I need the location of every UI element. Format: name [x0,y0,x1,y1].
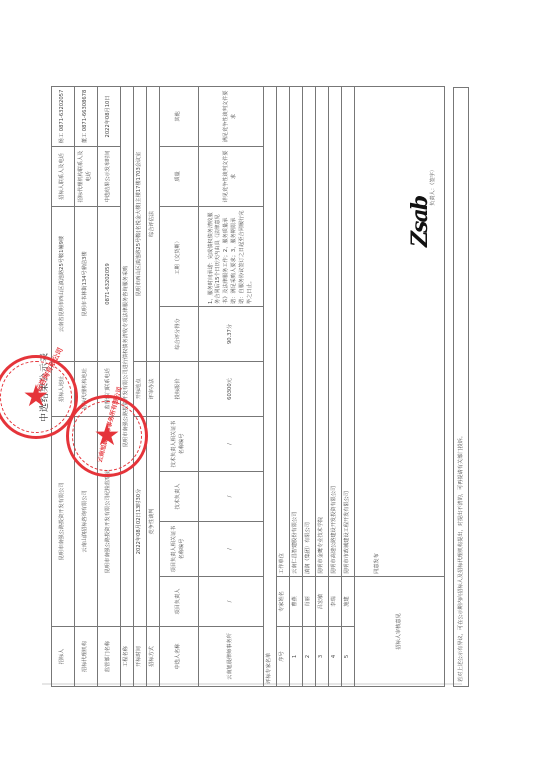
expert-unit-header: 工作单位 [277,86,290,576]
expert-unit: 云南仁昌智建股份有限公司 [290,86,303,576]
label-supervisor: 监管部门名称 [98,627,121,687]
value-eval-method: 综合评估法 [147,86,160,361]
header-cell: 项目负责人 [160,577,199,627]
expert-name: 曹燕 [290,577,303,627]
value-bid-method: 竞争性谈判 [147,416,160,626]
header-cell: 质量 [160,146,199,206]
expert-row: 4 李瑞 昆明市高速公路建设开发投资有限公司 [329,86,342,686]
opinion-cell: 同意发布 负责人：（签字） [355,86,445,576]
header-cell: 项目负责人相关证书名称编号 [160,522,199,577]
expert-unit: 滇润（集团）有限公司 [303,86,316,576]
expert-name: 施建 [342,577,355,627]
expert-row: 1 曹燕 云南仁昌智建股份有限公司 [290,86,303,686]
expert-no: 2 [303,627,316,687]
value-open-place: 昆明市西山区滇池路25号鞍(名悦金大楼)主楼17楼1703会议室 [134,86,147,361]
label-publicity-time: 中选结果公示发布时间 [98,146,121,206]
bid-price: 60300元 [199,361,264,416]
label-tenderer-contact: 招标人联系人及电话 [52,146,75,206]
value-cell: / [199,472,264,522]
value-agency-address: 昆明市书林街134号鼎信3楼 [75,206,98,361]
expert-no-header: 序号 [277,627,290,687]
value-cell: / [199,522,264,577]
label-agency-contact: 招标代理机构联系人及电话 [75,146,98,206]
score: 90.37分 [199,306,264,361]
label-project: 工程名称 [121,627,134,687]
label-eval-method: 评审办法 [147,361,160,416]
expert-name-header: 专家姓名 [277,577,290,627]
header-cell: 技术负责人相关证书名称编号 [160,416,199,471]
winner-name: 云南旭晨律师事务所 [199,627,264,687]
review-committee-label: 评标专家名单 [264,86,277,686]
value-project: 昆明市南强公路投资开发有限公司进行债权债务清收专项法律服务咨询服务采购 [121,86,134,626]
header-cell: 工期（交货期） [160,206,199,306]
value-cell: / [199,577,264,627]
header-cell: 投标报价 [160,361,199,416]
expert-row: 3 吕宏敏 昆明市金鹰专业技术学院 [316,86,329,686]
header-cell: 综合评分得分 [160,306,199,361]
winner-header-row: 中选人名称 项目负责人 项目负责人相关证书名称编号 技术负责人 技术负责人相关证… [160,86,199,686]
value-agency-contact: 董工 0871-66308678 [75,86,98,146]
opinion-label: 招标人审核意见 [355,577,445,687]
label-agency: 招标代理机构 [75,627,98,687]
winner-value-row: 云南旭晨律师事务所 / / / / 60300元 90.37分 1、服务时间承诺… [199,86,264,686]
footer-note: 若对上述公示有异议，可在公示期内向招标人及招标代理机构提出，对提出不清的，可再提… [453,87,469,687]
expert-name: 吕宏敏 [316,577,329,627]
expert-no: 1 [290,627,303,687]
expert-name: 肖丽 [303,577,316,627]
expert-row: 2 肖丽 滇润（集团）有限公司 [303,86,316,686]
expert-unit: 昆明市高速公路建设开发投资有限公司 [329,86,342,576]
label-open-time: 开标时间 [134,627,147,687]
expert-no: 5 [342,627,355,687]
value-publicity-time: 2022年08月10日 [98,86,121,146]
quality: 详见竞争性谈判文件要求 [199,146,264,206]
expert-no: 4 [329,627,342,687]
value-tenderer-address: 云南省昆明市西山区滇池路25号鞍1幢9楼 [52,206,75,361]
header-cell: 中选人名称 [160,627,199,687]
expert-name: 李瑞 [329,577,342,627]
handwritten-signature: Zsab [407,197,433,247]
expert-no: 3 [316,627,329,687]
header-cell: 其他 [160,86,199,146]
value-cell: / [199,416,264,471]
schedule-commitment: 1、服务时间承诺：完成债权债务清收服务合同后15个日历天内由具《法律意见书》及法… [199,206,264,306]
rotated-document-sheet: 中选结果公示表 招标人 昆明市南强公路投资开发有限公司 招标人地址 云南省昆明市… [35,87,475,687]
result-table: 招标人 昆明市南强公路投资开发有限公司 招标人地址 云南省昆明市西山区滇池路25… [51,86,445,687]
expert-unit: 昆明市市政城建设工程开发有限公司 [342,86,355,576]
value-tenderer-contact: 杨工 0871-63202057 [52,86,75,146]
label-bid-method: 招标方式 [147,627,160,687]
header-cell: 技术负责人 [160,472,199,522]
expert-header-row: 序号 专家姓名 工作单位 [277,86,290,686]
expert-row: 5 施建 昆明市市政城建设工程开发有限公司 [342,86,355,686]
expert-unit: 昆明市金鹰专业技术学院 [316,86,329,576]
value-supervisor-phone: 0871-63202059 [98,206,121,361]
label-tenderer: 招标人 [52,627,75,687]
opinion-value: 同意发布 [374,89,382,574]
other: 满足竞争性谈判文件要求 [199,86,264,146]
